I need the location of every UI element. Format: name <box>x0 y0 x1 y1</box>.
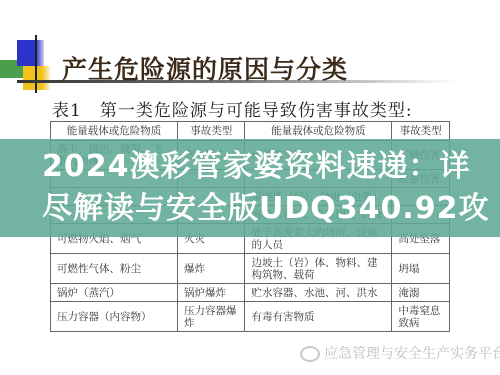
column-header: 能量载体或危险物质 <box>51 122 178 141</box>
wechat-icon <box>300 346 320 362</box>
table-row: 锅炉（蒸汽） 锅炉爆炸 贮水容器、水池、河、洪水 淹溺 <box>51 284 450 302</box>
table-cell: 压力容器爆炸 <box>177 302 245 332</box>
table-cell: 边坡土（岩）体、物料、建构筑物、载荷 <box>245 254 392 284</box>
table-cell: 可燃性气体、粉尘 <box>51 254 178 284</box>
table-cell: 有毒有害物质 <box>245 302 392 332</box>
table-header-row: 能量载体或危险物质 事故类型 能量载体或危险物质 事故类型 <box>51 122 450 141</box>
headline-line-1: 2024澳彩管家婆资料速递：详 <box>42 146 482 188</box>
table-cell: 爆炸 <box>177 254 245 284</box>
table-cell: 锅炉爆炸 <box>177 284 245 302</box>
slide-title: 产生危险源的原因与分类 <box>62 50 348 86</box>
headline-text: 2024澳彩管家婆资料速递：详 尽解读与安全版UDQ340.92攻 <box>42 146 482 230</box>
column-header: 事故类型 <box>392 122 450 141</box>
column-header: 事故类型 <box>177 122 245 141</box>
table-cell: 贮水容器、水池、河、洪水 <box>245 284 392 302</box>
table-cell: 压力容器（内容物） <box>51 302 178 332</box>
table-cell: 坍塌 <box>392 254 450 284</box>
source-watermark: 应急管理与安全生产实务平台 <box>300 343 500 363</box>
title-decoration-blue-block <box>17 40 44 66</box>
table-cell: 淹溺 <box>392 284 450 302</box>
table-row: 可燃性气体、粉尘 爆炸 边坡土（岩）体、物料、建构筑物、载荷 坍塌 <box>51 254 450 284</box>
title-decoration-vertical-line <box>35 35 37 93</box>
headline-line-2: 尽解读与安全版UDQ340.92攻 <box>42 188 482 230</box>
column-header: 能量载体或危险物质 <box>245 122 392 141</box>
table-caption: 表1 第一类危险源与可能导致伤害事故类型: <box>52 96 413 121</box>
table-row: 压力容器（内容物） 压力容器爆炸 有毒有害物质 中毒窒息致病 <box>51 302 450 332</box>
table-cell: 锅炉（蒸汽） <box>51 284 178 302</box>
table-cell: 中毒窒息致病 <box>392 302 450 332</box>
watermark-text: 应急管理与安全生产实务平台 <box>324 346 500 362</box>
